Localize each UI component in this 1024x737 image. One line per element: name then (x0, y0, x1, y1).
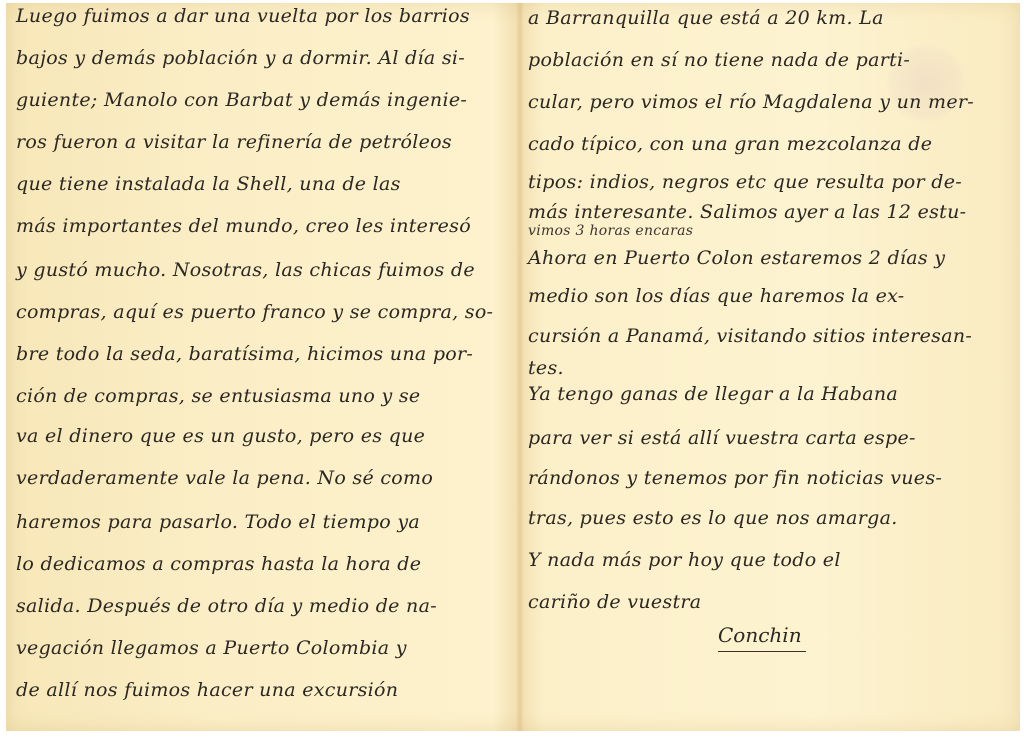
letter-line: verdaderamente vale la pena. No sé como (16, 467, 433, 489)
letter-insertion: vimos 3 horas encaras (528, 223, 693, 239)
letter-line: cado típico, con una gran mezcolanza de (528, 133, 932, 155)
letter-line: cursión a Panamá, visitando sitios inter… (528, 325, 972, 347)
letter-line: para ver si está allí vuestra carta espe… (528, 427, 916, 449)
letter-line: rándonos y tenemos por fin noticias vues… (528, 467, 942, 489)
letter-line: más importantes del mundo, creo les inte… (16, 215, 471, 237)
letter-line: que tiene instalada la Shell, una de las (16, 173, 401, 195)
letter-line: Ahora en Puerto Colon estaremos 2 días y (528, 247, 945, 269)
letter-line: salida. Después de otro día y medio de n… (16, 595, 437, 617)
letter-line: bre todo la seda, baratísima, hicimos un… (16, 343, 473, 365)
letter-line: tipos: indios, negros etc que resulta po… (528, 171, 962, 193)
scanned-letter: Luego fuimos a dar una vuelta por los ba… (6, 3, 1020, 731)
signature: Conchin (718, 623, 806, 652)
letter-line: a Barranquilla que está a 20 km. La (528, 7, 884, 29)
letter-line: ción de compras, se entusiasma uno y se (16, 385, 420, 407)
right-page: a Barranquilla que está a 20 km. La pobl… (518, 3, 1020, 731)
letter-line: y gustó mucho. Nosotras, las chicas fuim… (16, 259, 475, 281)
letter-line: población en sí no tiene nada de parti- (528, 49, 910, 71)
letter-line: haremos para pasarlo. Todo el tiempo ya (16, 511, 420, 533)
letter-line: cariño de vuestra (528, 591, 701, 613)
letter-line: guiente; Manolo con Barbat y demás ingen… (16, 89, 467, 111)
letter-line: bajos y demás población y a dormir. Al d… (16, 47, 465, 69)
left-page: Luego fuimos a dar una vuelta por los ba… (6, 3, 518, 731)
letter-line: medio son los días que haremos la ex- (528, 285, 905, 307)
letter-line: va el dinero que es un gusto, pero es qu… (16, 425, 425, 447)
letter-line: tes. (528, 357, 564, 379)
letter-line: tras, pues esto es lo que nos amarga. (528, 507, 898, 529)
letter-line: cular, pero vimos el río Magdalena y un … (528, 91, 974, 113)
letter-line: Luego fuimos a dar una vuelta por los ba… (16, 5, 470, 27)
letter-line: más interesante. Salimos ayer a las 12 e… (528, 201, 966, 223)
letter-line: vegación llegamos a Puerto Colombia y (16, 637, 407, 659)
letter-line: ros fueron a visitar la refinería de pet… (16, 131, 452, 153)
letter-line: de allí nos fuimos hacer una excursión (16, 679, 398, 701)
letter-line: Ya tengo ganas de llegar a la Habana (528, 383, 898, 405)
letter-line: compras, aquí es puerto franco y se comp… (16, 301, 493, 323)
letter-line: lo dedicamos a compras hasta la hora de (16, 553, 421, 575)
letter-line: Y nada más por hoy que todo el (528, 549, 841, 571)
